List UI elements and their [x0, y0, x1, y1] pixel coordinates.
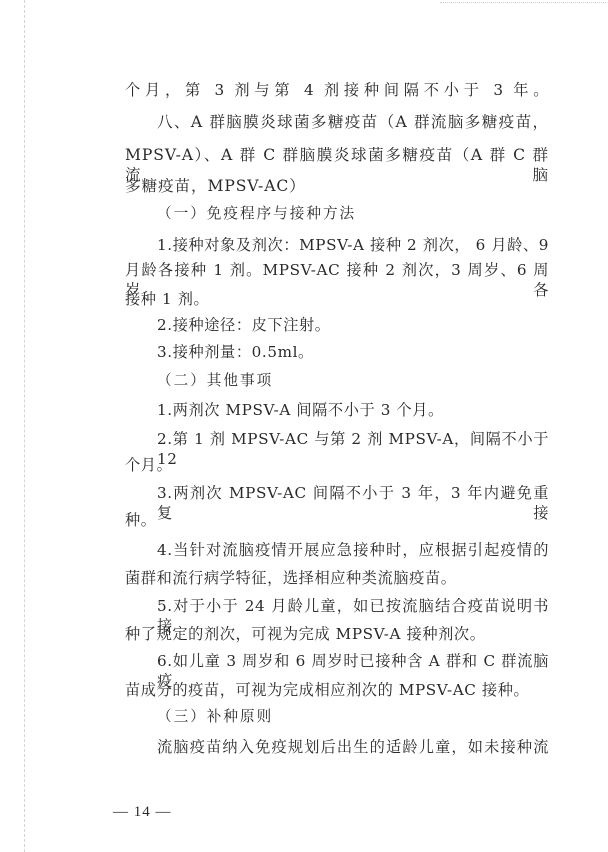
subheading-catch-up-principles: （三）补种原则	[157, 707, 273, 727]
page-number: — 14 —	[113, 802, 172, 822]
item-1-line-3: 接种 1 剂。	[125, 289, 209, 309]
item-1-line-1: 1.接种对象及剂次：MPSV-A 接种 2 剂次， 6 月龄、9	[157, 235, 549, 255]
other-item-1: 1.两剂次 MPSV-A 间隔不小于 3 个月。	[157, 400, 444, 420]
scan-top-artifact	[440, 2, 606, 3]
subheading-other-matters: （二）其他事项	[157, 371, 273, 391]
section-heading-eight-line-3: 多糖疫苗，MPSV-AC）	[125, 176, 306, 196]
section-heading-eight-line-1: 八、A 群脑膜炎球菌多糖疫苗（A 群流脑多糖疫苗，	[157, 112, 549, 132]
item-3-dosage: 3.接种剂量：0.5ml。	[157, 342, 314, 362]
other-item-5-line-2: 种了规定的剂次，可视为完成 MPSV-A 接种剂次。	[125, 624, 485, 644]
paragraph-continuation: 个月，第 3 剂与第 4 剂接种间隔不小于 3 年。	[125, 80, 549, 100]
scan-edge-artifact	[24, 0, 25, 852]
other-item-2-line-2: 个月。	[125, 455, 172, 475]
other-item-3-line-1: 3.两剂次 MPSV-AC 间隔不小于 3 年，3 年内避免重复接	[157, 483, 549, 523]
other-item-3-line-2: 种。	[125, 510, 157, 530]
item-2-route: 2.接种途径：皮下注射。	[157, 315, 331, 335]
other-item-2-line-1: 2.第 1 剂 MPSV-AC 与第 2 剂 MPSV-A，间隔不小于 12	[157, 429, 549, 469]
other-item-4-line-2: 菌群和流行病学特征，选择相应种类流脑疫苗。	[125, 568, 457, 588]
other-item-6-line-2: 苗成分的疫苗，可视为完成相应剂次的 MPSV-AC 接种。	[125, 680, 529, 700]
subheading-immunization-schedule: （一）免疫程序与接种方法	[157, 204, 356, 224]
catch-up-paragraph-line-1: 流脑疫苗纳入免疫规划后出生的适龄儿童，如未接种流	[157, 737, 549, 757]
other-item-4-line-1: 4.当针对流脑疫情开展应急接种时，应根据引起疫情的	[157, 540, 549, 560]
